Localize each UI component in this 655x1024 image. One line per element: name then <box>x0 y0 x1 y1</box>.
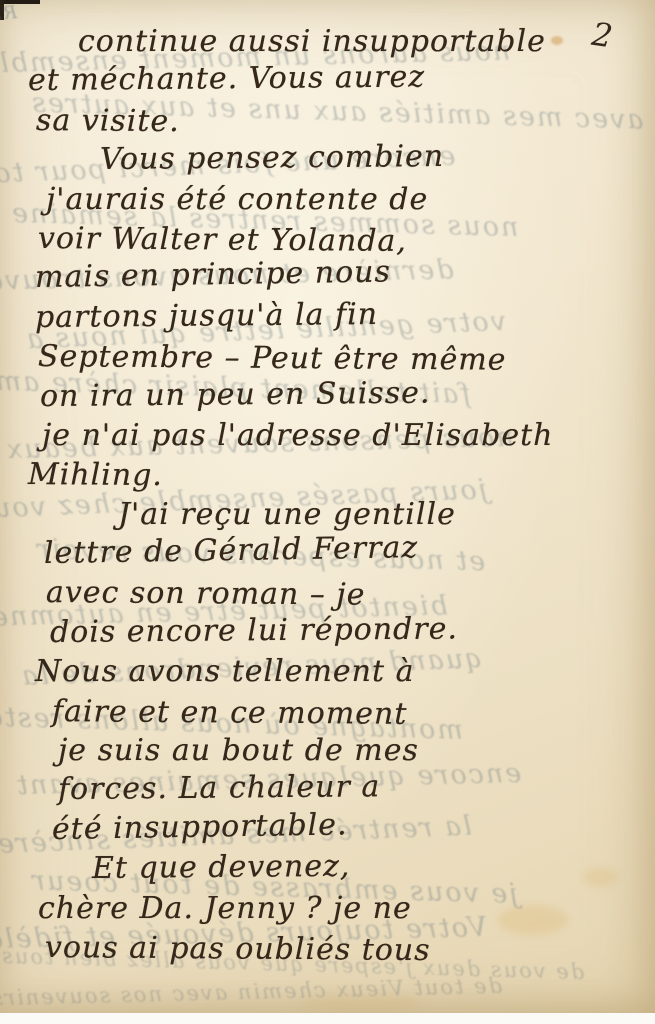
letter-scan: nous aurons un moment ensemble avec mes … <box>0 0 655 1024</box>
handwritten-line: dois encore lui répondre. <box>50 608 655 653</box>
handwritten-line: partons jusqu'à la fin <box>35 292 655 337</box>
handwritten-line: Nous avons tellement à <box>35 652 655 691</box>
handwritten-line: je suis au bout de mes <box>58 731 655 770</box>
handwritten-line: Vous pensez combien <box>100 135 655 179</box>
handwritten-line: vous ai pas oubliés tous <box>45 928 655 972</box>
handwritten-line: Et que devenez, <box>92 844 655 888</box>
handwritten-line: été insupportable. <box>52 800 655 849</box>
handwritten-line: Mihling. <box>28 455 655 499</box>
letter-body: continue aussi insupportable et méchante… <box>0 22 655 967</box>
bleed-through-line: de tout Vieux chemin avec nos souvenirs <box>0 974 502 1011</box>
handwritten-line: chère Da. Jenny ? je ne <box>38 889 655 928</box>
handwritten-line: j'aurais été contente de <box>46 180 655 219</box>
handwritten-line: et méchante. Vous aurez <box>28 56 655 101</box>
handwritten-line: on ira un peu en Suisse. <box>40 371 655 416</box>
handwritten-line: lettre de Gérald Ferraz <box>44 524 655 573</box>
handwritten-line: je n'ai pas l'adresse d'Elisabeth <box>42 416 655 455</box>
handwritten-line: mais en principe nous <box>35 249 655 298</box>
handwritten-line: faire et en ce moment <box>52 692 655 736</box>
scanner-background-strip <box>0 1013 655 1024</box>
